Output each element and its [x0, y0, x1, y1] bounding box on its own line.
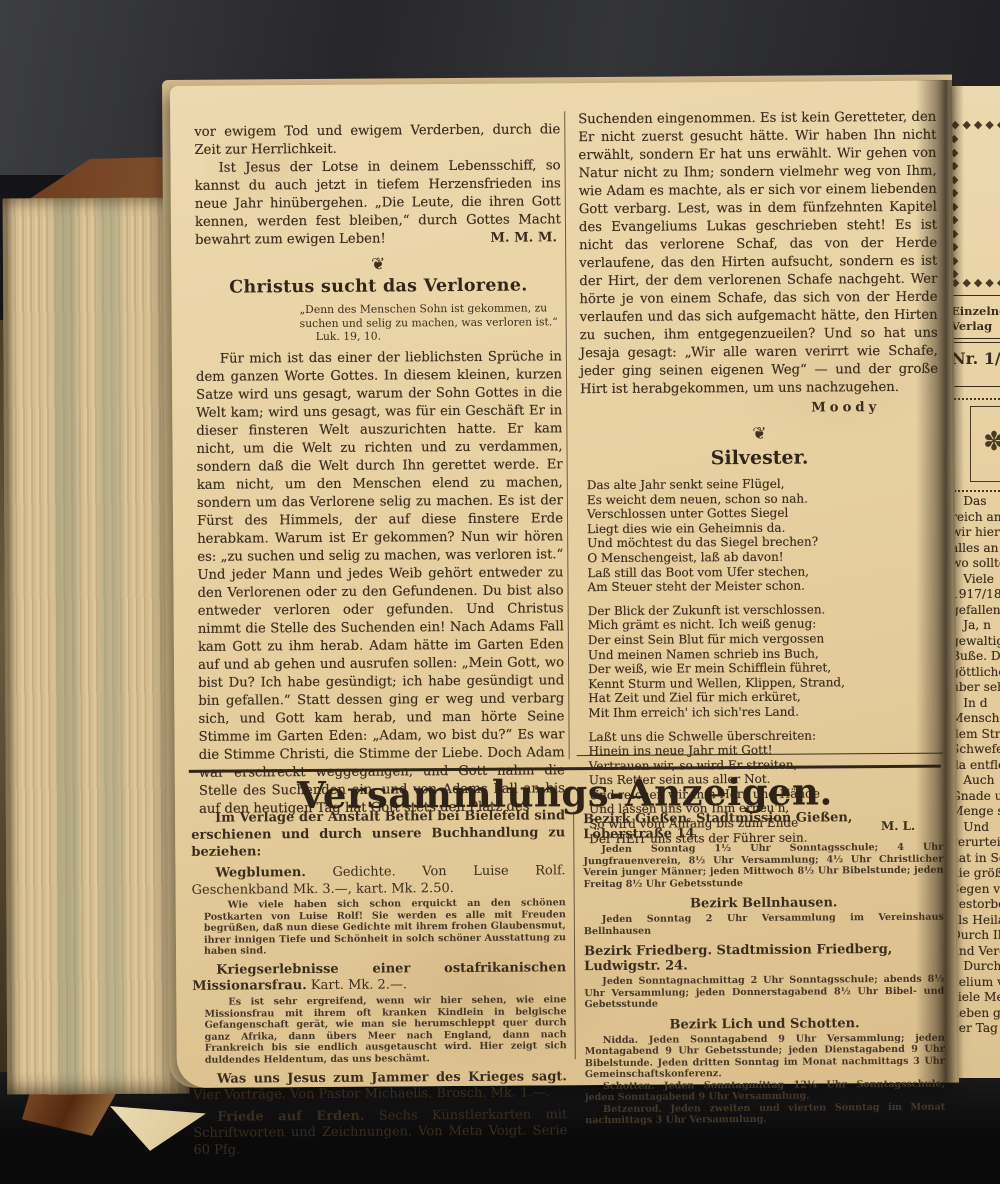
book-detail: Vier Vorträge. Von Pastor Michaelis. Bro…	[193, 1085, 550, 1102]
right-column: Suchenden eingenommen. Es ist kein Geret…	[578, 109, 941, 856]
district-schedule: Jeden Sonntagnachmittag 2 Uhr Sonntagssc…	[584, 974, 944, 1011]
floral-ornament-icon: ✽	[970, 406, 1000, 482]
clipped-text-line: wir hier	[951, 525, 1000, 541]
publisher-intro: Im Verlage der Anstalt Bethel bei Bielef…	[191, 807, 565, 861]
district-heading: Bezirk Gießen. Stadtmission Gießen, Löbe…	[583, 810, 943, 843]
district-heading: Bezirk Friedberg. Stadtmission Friedberg…	[584, 942, 944, 975]
clipped-text-line: Ja, n	[951, 618, 1000, 634]
poem-stanza: Das alte Jahr senkt seine Flügel,Es weic…	[587, 476, 940, 595]
schedule-line: Jeden Sonntagnachmittag 2 Uhr Sonntagssc…	[584, 974, 944, 1011]
clipped-text-line: 1917/18 i	[951, 587, 1000, 603]
clipped-text-line: verurteilt u	[951, 835, 1000, 851]
rule	[949, 295, 1000, 296]
clipped-text-line: göttlichen L	[951, 665, 1000, 681]
clipped-text-line: dem Stra	[951, 727, 1000, 743]
announcements-right-column: Bezirk Gießen. Stadtmission Gießen, Löbe…	[583, 803, 945, 1127]
book-listing: Wegblumen. Gedichte. Von Luise Rolf. Ges…	[191, 863, 565, 899]
clipped-text-line: gestorben u	[951, 897, 1000, 913]
district-schedule: Jeden Sonntag 1½ Uhr Sonntagsschule; 4 U…	[583, 842, 943, 891]
main-page: vor ewigem Tod und ewigem Verderben, dur…	[170, 81, 957, 1088]
book-listing: Was uns Jesus zum Jammer des Krieges sag…	[193, 1069, 567, 1105]
clipped-text-line: Viele	[951, 572, 1000, 588]
book-detail: Kart. Mk. 2.—.	[307, 978, 407, 994]
schedule-line: Betzenrod. Jeden zweiten und vierten Son…	[585, 1101, 945, 1127]
clipped-text-line: da entflohe	[951, 758, 1000, 774]
clipped-text-line: die größte	[951, 866, 1000, 882]
clipped-text-line: Buße. D	[951, 649, 1000, 665]
book-photo: ◆◆◆◆◆ ◆◆◆◆◆◆◆◆◆◆◆ ◆◆◆◆◆ Einzelne G Verla…	[0, 0, 1000, 1184]
clipped-text-line: gefallen od	[951, 603, 1000, 619]
diamond-border-top: ◆◆◆◆◆	[951, 118, 1000, 131]
clipped-text-line: über sehr	[951, 680, 1000, 696]
clipped-text-line: Menge schr	[951, 804, 1000, 820]
author-signature: Moody	[580, 399, 880, 419]
clipped-text-line: Durch	[951, 959, 1000, 975]
article-body: Für mich ist das einer der lieblichsten …	[196, 348, 565, 819]
book-note: Es ist sehr ergreifend, wenn wir hier se…	[204, 994, 566, 1066]
book-listing: Friede auf Erden. Sechs Künstlerkarten m…	[193, 1107, 567, 1159]
clipped-text-line: Schwefel i	[951, 742, 1000, 758]
schedule-line: Schotten. Jeden Sonntagmittag 12¼ Uhr So…	[585, 1078, 945, 1104]
district-schedule: Nidda. Jeden Sonntagabend 9 Uhr Versamml…	[585, 1032, 946, 1127]
clipped-text-line: reich an gr	[951, 510, 1000, 526]
district-schedule: Jeden Sonntag 2 Uhr Versammlung im Verei…	[584, 912, 944, 938]
district-heading: Bezirk Bellnhausen.	[584, 895, 944, 913]
schedule-line: Jeden Sonntag 1½ Uhr Sonntagsschule; 4 U…	[583, 842, 943, 891]
book-note: Wie viele haben sich schon erquickt an d…	[204, 897, 566, 957]
book-title: Friede auf Erden.	[217, 1108, 364, 1124]
announcements-left-column: Im Verlage der Anstalt Bethel bei Bielef…	[191, 807, 567, 1159]
clipped-text-line: als Heiland	[951, 913, 1000, 929]
article-body-continued: Suchenden eingenommen. Es ist kein Geret…	[578, 109, 938, 399]
clipped-text-line: In d	[951, 696, 1000, 712]
epigraph-text: „Denn des Menschen Sohn ist gekommen, zu…	[300, 301, 558, 329]
clipped-text-line: Menschen	[951, 711, 1000, 727]
column-divider	[564, 111, 570, 759]
article-continuation: vor ewigem Tod und ewigem Verderben, dur…	[194, 121, 560, 160]
clipped-text-line: wo sollten	[951, 556, 1000, 572]
poem-stanza: Der Blick der Zukunft ist verschlossen.M…	[588, 601, 941, 720]
schedule-line: Jeden Sonntag 2 Uhr Versammlung im Verei…	[584, 912, 944, 938]
poem-line: Mit Ihm erreich' ich sich'res Land.	[588, 704, 940, 721]
fleuron-icon: ❦	[195, 254, 561, 275]
diamond-border-bottom: ◆◆◆◆◆	[951, 276, 1000, 289]
book-listing: Kriegserlebnisse einer ostafrikanischen …	[192, 960, 566, 996]
column-divider	[573, 811, 576, 1059]
masthead-partial-line: Verlag	[951, 319, 1000, 333]
book-title: Was uns Jesus zum Jammer des Krieges sag…	[217, 1069, 567, 1086]
clipped-text-column: Dasreich an grwir hieralles an swo sollt…	[951, 494, 1000, 1037]
clipped-text-line: gewaltig.	[951, 634, 1000, 650]
scripture-reference: Luk. 19, 10.	[316, 330, 381, 343]
clipped-text-line: Und	[951, 820, 1000, 836]
double-rule	[949, 338, 1000, 343]
dotted-ad-box: ✽	[950, 398, 1000, 492]
district-heading: Bezirk Lich und Schotten.	[585, 1015, 945, 1033]
clipped-text-line: Gnade und	[951, 789, 1000, 805]
masthead-partial-line: Einzelne G	[951, 304, 1000, 318]
book-title: Wegblumen.	[215, 865, 305, 881]
poem-line: Am Steuer steht der Meister schon.	[587, 578, 939, 595]
clipped-text-line: und Vergeb	[951, 944, 1000, 960]
clipped-text-line: alles an s	[951, 541, 1000, 557]
schedule-line: Nidda. Jeden Sonntagabend 9 Uhr Versamml…	[585, 1032, 945, 1081]
clipped-text-line: Das	[951, 494, 1000, 510]
left-column: vor ewigem Tod und ewigem Verderben, dur…	[194, 121, 565, 818]
scripture-epigraph: „Denn des Menschen Sohn ist gekommen, zu…	[300, 301, 560, 343]
fleuron-icon: ❦	[580, 424, 938, 444]
clipped-text-line: hat in Se	[951, 851, 1000, 867]
clipped-text-line: Segen ver	[951, 882, 1000, 898]
rule	[949, 386, 1000, 387]
issue-number: Nr. 1/2	[951, 349, 1000, 368]
article-title: Christus sucht das Verlorene.	[195, 276, 561, 297]
poem-title: Silvester.	[581, 448, 939, 468]
clipped-text-line: Auch	[951, 773, 1000, 789]
stacked-page-edges	[3, 198, 190, 1095]
clipped-text-line: Durch Ihn	[951, 928, 1000, 944]
